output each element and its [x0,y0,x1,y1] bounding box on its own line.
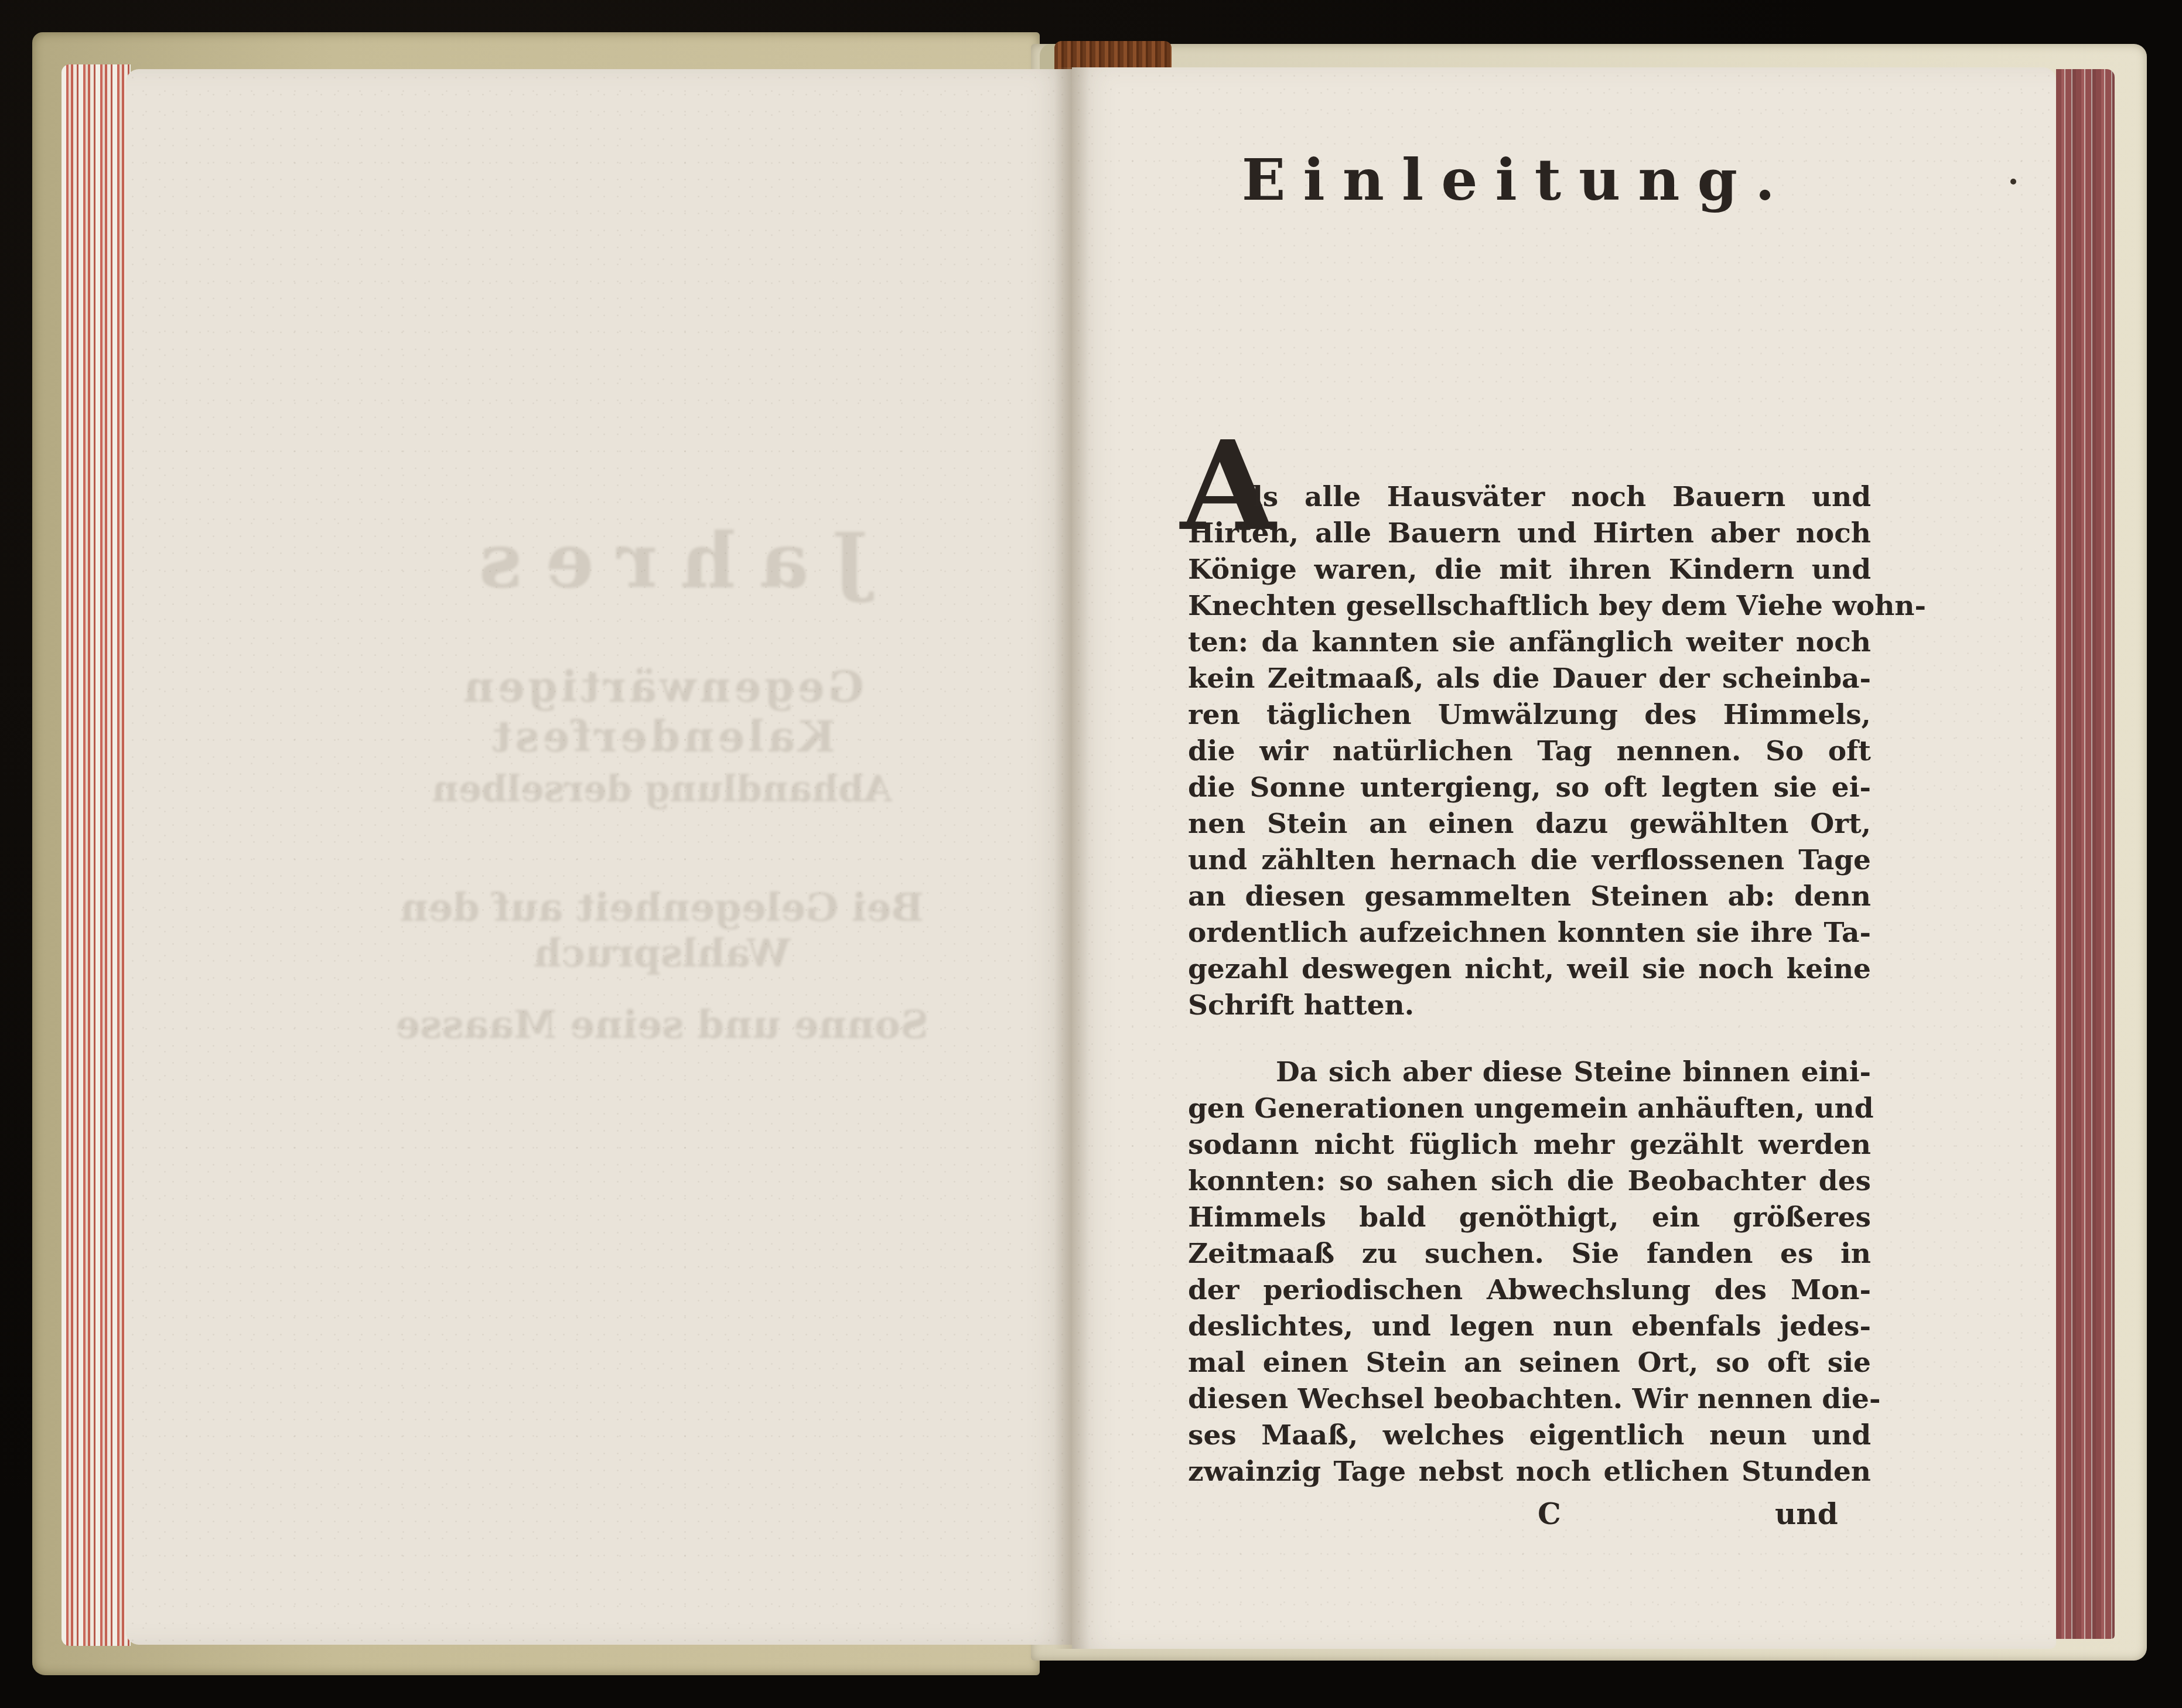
text-line: kein Zeitmaaß, als die Dauer der scheinb… [1188,661,1871,697]
paragraph-2: Da sich aber diese Steine binnen eini- g… [1188,1054,1871,1490]
text-line: Himmels bald genöthigt, ein größeres [1188,1200,1871,1236]
book-gutter [1054,67,1090,1649]
text-line: gen Generationen ungemein anhäuften, und [1188,1091,1871,1127]
text-line: der periodischen Abwechslung des Mon- [1188,1272,1871,1309]
text-line: Schrift hatten. [1188,988,1871,1024]
right-page-edges [2056,69,2115,1639]
text-line: deslichtes, und legen nun ebenfals jedes… [1188,1309,1871,1345]
text-line: ren täglichen Umwälzung des Himmels, [1188,697,1871,733]
text-line: Hirten, alle Bauern und Hirten aber noch [1188,515,1871,552]
text-line: zwainzig Tage nebst noch etlichen Stunde… [1188,1454,1871,1490]
text-line: Da sich aber diese Steine binnen eini- [1188,1054,1871,1091]
text-line: nen Stein an einen dazu gewählten Ort, [1188,806,1871,842]
text-line: ls alle Hausväter noch Bauern und [1188,479,1871,515]
left-page-ghost-line: Bei Gelegenheit auf den Wahlspruch [316,884,1008,976]
text-line: konnten: so sahen sich die Beobachter de… [1188,1163,1871,1200]
catchword: und [1775,1497,1838,1531]
left-page [126,69,1072,1645]
paragraph-1: ls alle Hausväter noch Bauern und Hirten… [1188,479,1871,1024]
text-line: Knechten gesellschaftlich bey dem Viehe … [1188,588,1871,624]
left-page-edges [62,64,131,1646]
text-line: Zeitmaaß zu suchen. Sie fanden es in [1188,1236,1871,1272]
text-line: an diesen gesammelten Steinen ab: denn [1188,879,1871,915]
page-title: Einleitung. [1148,146,1886,214]
text-line: die Sonne untergieng, so oft legten sie … [1188,770,1871,806]
left-page-ghost-line: Gegenwärtigen Kalenderfest [316,662,1008,761]
text-line: ses Maaß, welches eigentlich neun und [1188,1417,1871,1454]
text-line: die wir natürlichen Tag nennen. So oft [1188,733,1871,770]
text-line: mal einen Stein an seinen Ort, so oft si… [1188,1345,1871,1381]
left-page-ghost-line: Sonne und seine Maasse [316,1002,1008,1047]
paper-speck [2010,179,2016,185]
scan-background: Jahres Gegenwärtigen Kalenderfest Abhand… [0,0,2182,1708]
left-page-ghost-line: Abhandlung derselben [316,767,1008,810]
text-line: sodann nicht füglich mehr gezählt werden [1188,1127,1871,1163]
left-page-ghost-line: Jahres [316,515,1008,605]
text-line: und zählten hernach die verflossenen Tag… [1188,842,1871,879]
printer-signature: C [1538,1497,1561,1531]
text-line: ten: da kannten sie anfänglich weiter no… [1188,624,1871,661]
text-line: Könige waren, die mit ihren Kindern und [1188,552,1871,588]
text-line: gezahl deswegen nicht, weil sie noch kei… [1188,951,1871,988]
text-line: ordentlich aufzeichnen konnten sie ihre … [1188,915,1871,951]
spine-headband [1054,41,1172,70]
text-line: diesen Wechsel beobachten. Wir nennen di… [1188,1381,1871,1417]
